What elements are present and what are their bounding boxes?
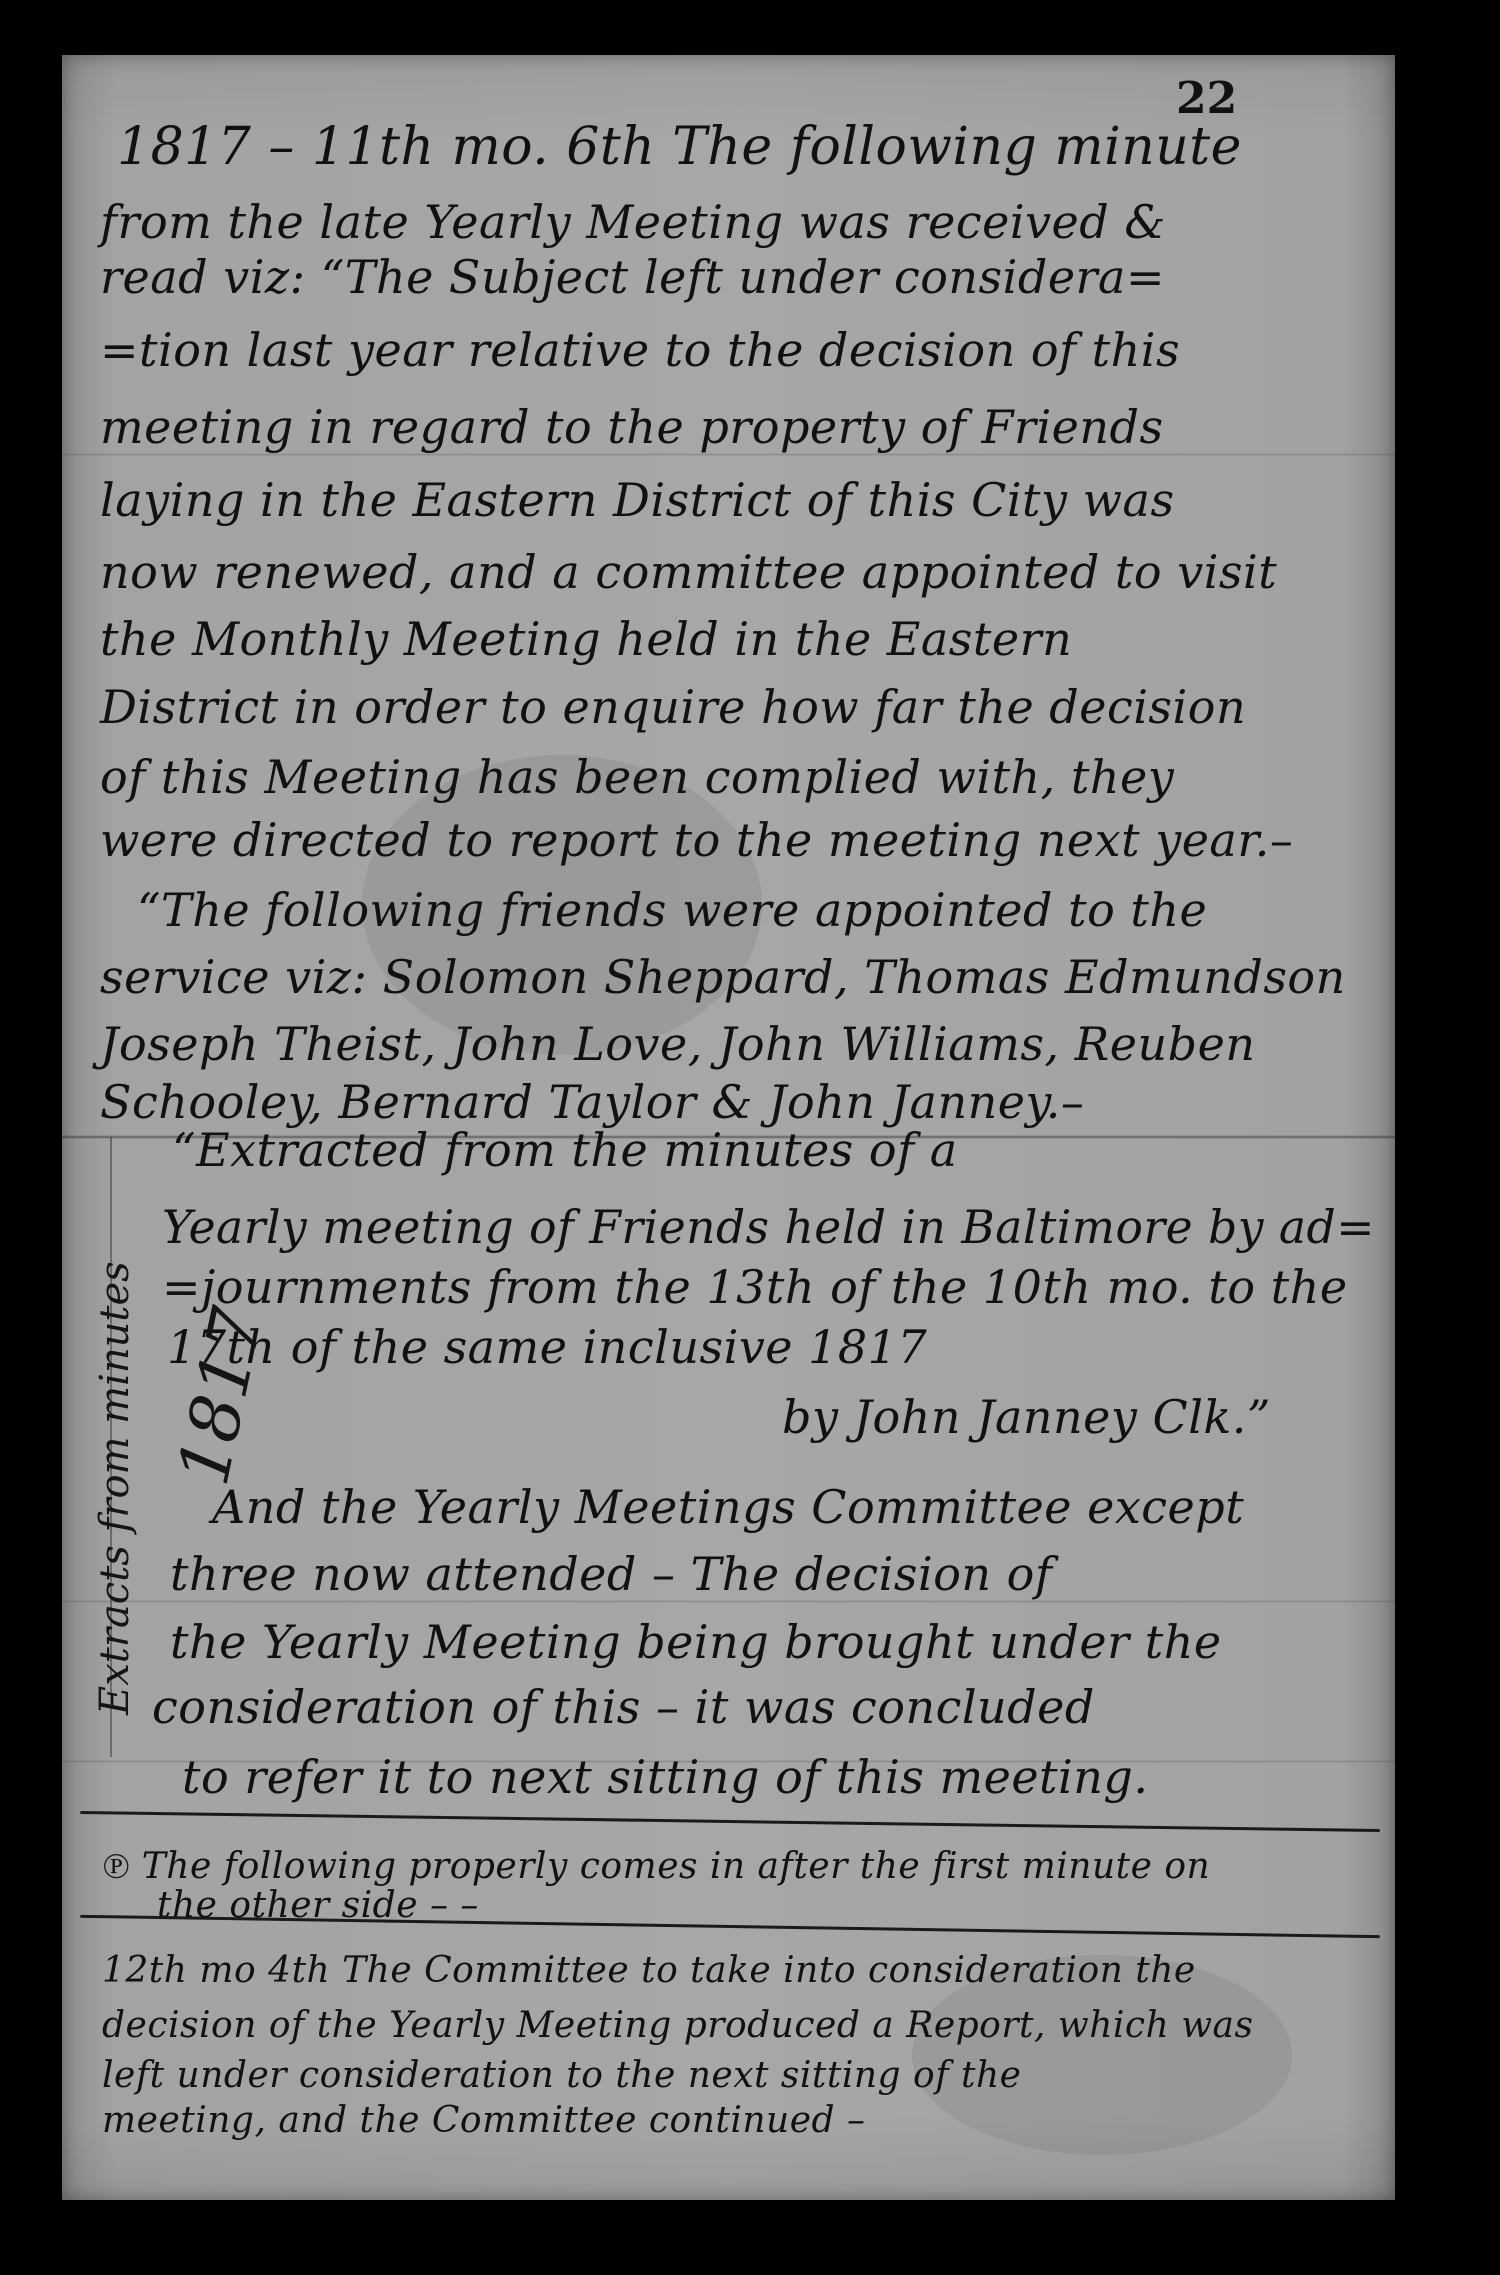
section-divider — [80, 1811, 1380, 1832]
text-line: were directed to report to the meeting n… — [100, 813, 1293, 867]
signature-line: by John Janney Clk.” — [782, 1390, 1271, 1444]
manuscript-page: 22 1817 – 11th mo. 6th The following min… — [62, 55, 1395, 2200]
text-line: the Yearly Meeting being brought under t… — [170, 1615, 1222, 1669]
text-line: three now attended – The decision of — [170, 1547, 1052, 1601]
text-line: Yearly meeting of Friends held in Baltim… — [162, 1200, 1375, 1254]
text-line: And the Yearly Meetings Committee except — [212, 1480, 1244, 1534]
text-line: “Extracted from the minutes of a — [172, 1123, 958, 1177]
text-line: Schooley, Bernard Taylor & John Janney.– — [100, 1075, 1084, 1129]
text-line: decision of the Yearly Meeting produced … — [102, 2005, 1253, 2046]
text-line: 17th of the same inclusive 1817 — [167, 1320, 927, 1374]
margin-note: Extracts from minutes — [92, 1261, 138, 1715]
text-line: of this Meeting has been complied with, … — [100, 750, 1174, 804]
text-line: left under consideration to the next sit… — [102, 2055, 1021, 2096]
text-line: District in order to enquire how far the… — [100, 680, 1246, 734]
entry-heading-line: 1817 – 11th mo. 6th The following minute — [117, 117, 1242, 177]
text-line: read viz: “The Subject left under consid… — [100, 250, 1165, 304]
text-line: consideration of this – it was concluded — [152, 1680, 1095, 1734]
text-line: to refer it to next sitting of this meet… — [182, 1750, 1148, 1804]
text-line: meeting, and the Committee continued – — [102, 2100, 866, 2141]
text-line: now renewed, and a committee appointed t… — [100, 545, 1277, 599]
text-line: =journments from the 13th of the 10th mo… — [162, 1260, 1348, 1314]
entry-heading-line: 12th mo 4th The Committee to take into c… — [102, 1950, 1196, 1991]
text-line: from the late Yearly Meeting was receive… — [100, 195, 1166, 249]
text-line: ℗ The following properly comes in after … — [102, 1845, 1210, 1887]
text-line: “The following friends were appointed to… — [137, 883, 1207, 937]
text-line: meeting in regard to the property of Fri… — [100, 400, 1164, 454]
section-divider — [80, 1915, 1380, 1938]
text-line: the Monthly Meeting held in the Eastern — [100, 612, 1072, 666]
text-line: =tion last year relative to the decision… — [100, 323, 1180, 377]
text-line: laying in the Eastern District of this C… — [100, 473, 1175, 527]
text-line: service viz: Solomon Sheppard, Thomas Ed… — [100, 950, 1346, 1004]
text-line: Joseph Theist, John Love, John Williams,… — [100, 1017, 1255, 1071]
